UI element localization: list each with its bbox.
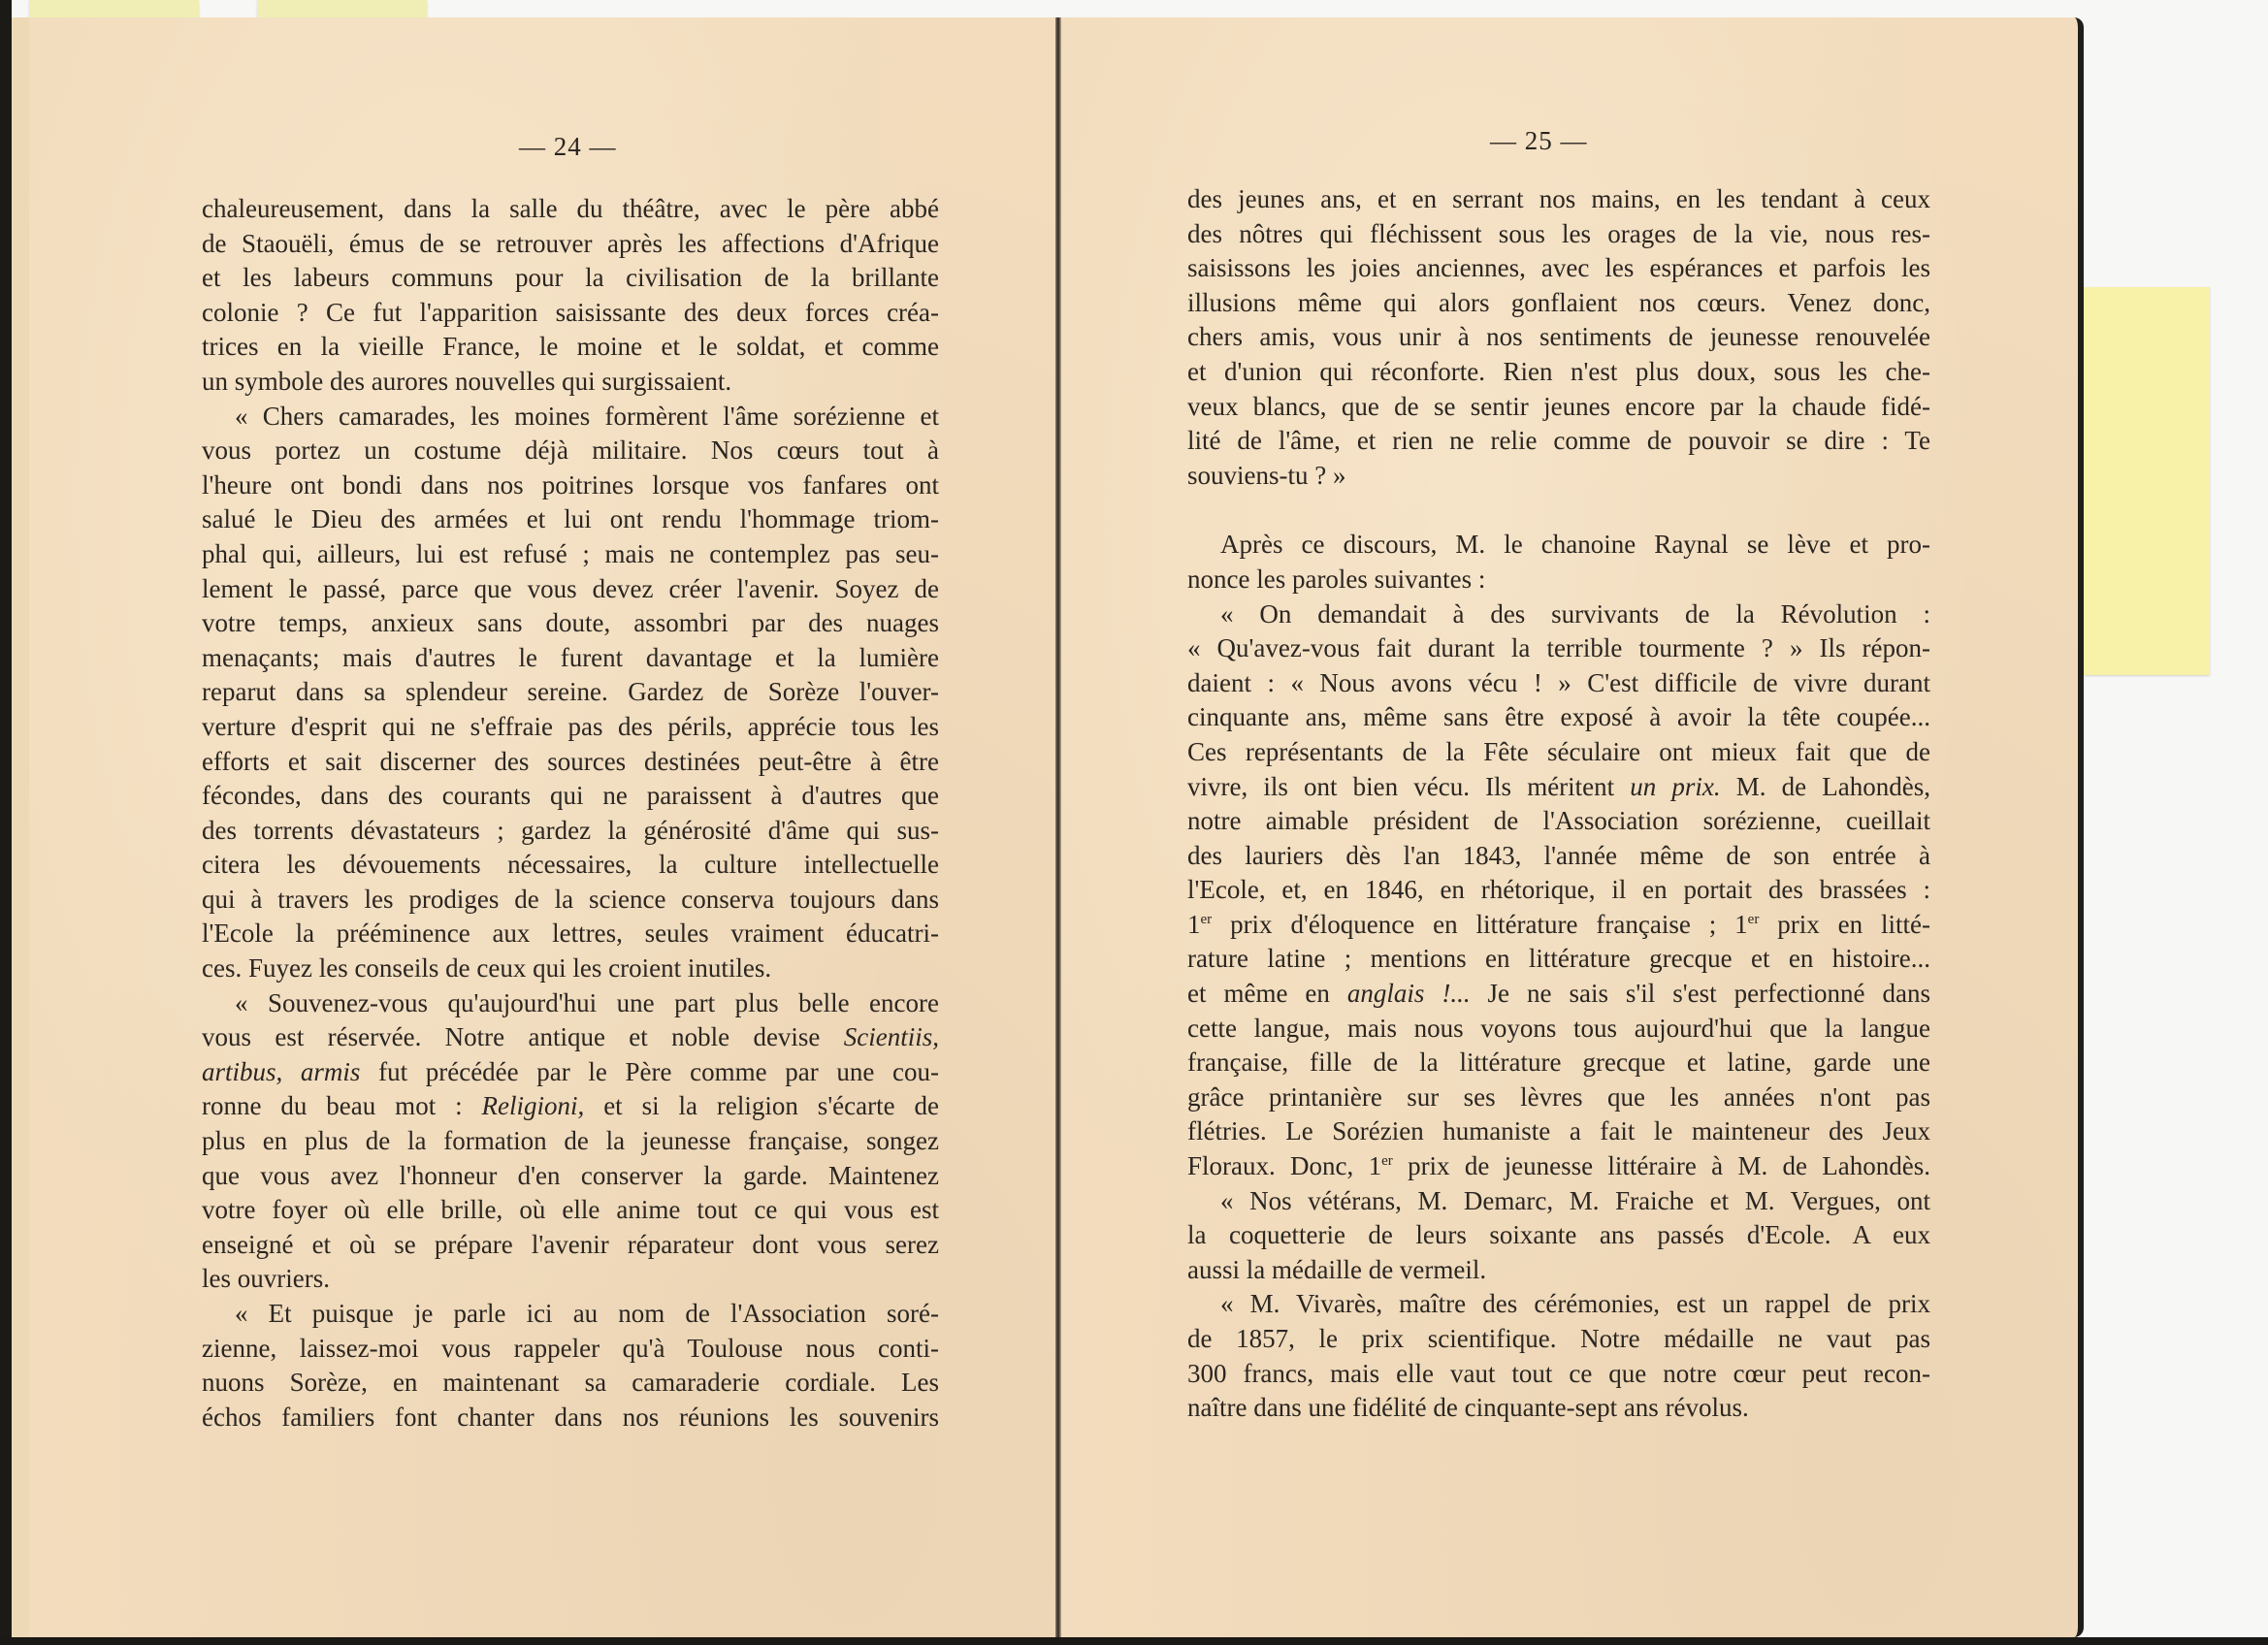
text-line: des lauriers dès l'an 1843, l'année même… — [1187, 839, 1930, 874]
text-run: prix d'éloquence en littérature français… — [1230, 910, 1716, 939]
text-line: souviens-tu ? » — [1187, 459, 1930, 494]
text-line: cette langue, mais nous voyons tous aujo… — [1187, 1012, 1930, 1047]
text-run: vous est réservée. Notre antique et nobl… — [202, 1022, 820, 1051]
scanner-edge-left — [0, 0, 12, 1645]
text-line: verture d'esprit qui ne s'effraie pas de… — [202, 710, 939, 745]
text-run: vivre, ils ont bien vécu. Ils méritent — [1187, 772, 1614, 801]
text-line: « Qu'avez-vous fait durant la terrible t… — [1187, 631, 1930, 666]
text-line: des torrents dévastateurs ; gardez la gé… — [202, 814, 939, 849]
text-line: efforts et sait discerner des sources de… — [202, 745, 939, 780]
text-line: votre foyer où elle brille, où elle anim… — [202, 1193, 939, 1228]
text-line: nonce les paroles suivantes : — [1187, 563, 1930, 597]
text-run: ronne du beau mot : — [202, 1091, 463, 1120]
text-line: veux blancs, que de se sentir jeunes enc… — [1187, 390, 1930, 425]
text-line: daient : « Nous avons vécu ! » C'est dif… — [1187, 666, 1930, 701]
sticky-note-tab-top-2 — [257, 0, 427, 17]
text-run: et même en — [1187, 979, 1330, 1008]
text-line: citera les dévouements nécessaires, la c… — [202, 848, 939, 883]
text-line: votre temps, anxieux sans doute, assombr… — [202, 606, 939, 641]
text-line: et même en anglais !... Je ne sais s'il … — [1187, 977, 1930, 1012]
page-number: — 24 — — [519, 132, 617, 162]
text-line: l'Ecole, et, en 1846, en rhétorique, il … — [1187, 873, 1930, 908]
right-page: — 25 — des jeunes ans, et en serrant nos… — [1061, 17, 2084, 1637]
text-line: un symbole des aurores nouvelles qui sur… — [202, 365, 939, 400]
latin-motto-italic: Scientiis, — [844, 1022, 939, 1051]
text-line: « Et puisque je parle ici au nom de l'As… — [202, 1297, 939, 1332]
text-line: « Souvenez-vous qu'aujourd'hui une part … — [202, 986, 939, 1021]
text-line: illusions même qui alors gonflaient nos … — [1187, 286, 1930, 321]
text-line: vous portez un costume déjà militaire. N… — [202, 434, 939, 468]
text-line: fécondes, dans des courants qui ne parai… — [202, 779, 939, 814]
religioni-italic: Religioni, — [482, 1091, 585, 1120]
text-line: de 1857, le prix scientifique. Notre méd… — [1187, 1322, 1930, 1357]
ordinal-number: 1 — [1734, 910, 1748, 939]
text-line: « Chers camarades, les moines formèrent … — [202, 400, 939, 435]
text-line: aussi la médaille de vermeil. — [1187, 1253, 1930, 1288]
text-line: et d'union qui réconforte. Rien n'est pl… — [1187, 355, 1930, 390]
ordinal-suffix: er — [1748, 912, 1760, 927]
text-line: chaleureusement, dans la salle du théâtr… — [202, 192, 939, 227]
text-line: flétries. Le Sorézien humaniste a fait l… — [1187, 1114, 1930, 1149]
text-line: notre aimable président de l'Association… — [1187, 804, 1930, 839]
text-line: ronne du beau mot : Religioni, et si la … — [202, 1089, 939, 1124]
text-line: grâce printanière sur ses lèvres que les… — [1187, 1081, 1930, 1115]
text-run: fut précédée par le Père comme par une c… — [378, 1057, 939, 1086]
text-line: française, fille de la littérature grecq… — [1187, 1046, 1930, 1081]
text-line: phal qui, ailleurs, lui est refusé ; mai… — [202, 537, 939, 572]
text-line: nuons Sorèze, en maintenant sa camarader… — [202, 1366, 939, 1401]
text-run: Floraux. Donc, — [1187, 1151, 1353, 1180]
page-number: — 25 — — [1490, 126, 1588, 156]
text-line: lité de l'âme, et rien ne relie comme de… — [1187, 424, 1930, 459]
text-line: 300 francs, mais elle vaut tout ce que n… — [1187, 1357, 1930, 1392]
text-run: prix en litté- — [1777, 910, 1930, 939]
text-line: Ces représentants de la Fête séculaire o… — [1187, 735, 1930, 770]
text-line: chers amis, vous unir à nos sentiments d… — [1187, 320, 1930, 355]
text-line: que vous avez l'honneur d'en conserver l… — [202, 1159, 939, 1194]
ordinal-number: 1 — [1187, 910, 1201, 939]
ordinal-suffix: er — [1381, 1153, 1393, 1169]
text-line: plus en plus de la formation de la jeune… — [202, 1124, 939, 1159]
text-line: et les labeurs communs pour la civilisat… — [202, 261, 939, 296]
text-line: saisissons les joies anciennes, avec les… — [1187, 251, 1930, 286]
text-line: salué le Dieu des armées et lui ont rend… — [202, 502, 939, 537]
page-body-text: chaleureusement, dans la salle du théâtr… — [202, 192, 939, 1435]
un-prix-italic: un prix. — [1630, 772, 1720, 801]
text-line: artibus, armis fut précédée par le Père … — [202, 1055, 939, 1090]
text-line: l'Ecole la prééminence aux lettres, seul… — [202, 917, 939, 952]
text-run: et si la religion s'écarte de — [603, 1091, 939, 1120]
text-line: zienne, laissez-moi vous rappeler qu'à T… — [202, 1332, 939, 1367]
text-line: lement le passé, parce que vous devez cr… — [202, 572, 939, 607]
text-line: des nôtres qui fléchissent sous les orag… — [1187, 217, 1930, 252]
text-line: naître dans une fidélité de cinquante-se… — [1187, 1391, 1930, 1426]
text-line: vous est réservée. Notre antique et nobl… — [202, 1020, 939, 1055]
text-line: reparut dans sa splendeur sereine. Garde… — [202, 675, 939, 710]
ordinal-suffix: er — [1201, 912, 1213, 927]
ordinal-number: 1 — [1369, 1151, 1382, 1180]
page-body-text: des jeunes ans, et en serrant nos mains,… — [1187, 182, 1930, 1426]
text-line: menaçants; mais d'autres le furent davan… — [202, 641, 939, 676]
text-line: cinquante ans, même sans être exposé à a… — [1187, 700, 1930, 735]
text-line: rature latine ; mentions en littérature … — [1187, 942, 1930, 977]
text-line: ces. Fuyez les conseils de ceux qui les … — [202, 952, 939, 986]
text-line: qui à travers les prodiges de la science… — [202, 883, 939, 918]
text-line: Floraux. Donc, 1er prix de jeunesse litt… — [1187, 1149, 1930, 1184]
left-page: — 24 — chaleureusement, dans la salle du… — [12, 17, 1059, 1637]
sticky-note-tab-top-1 — [29, 0, 199, 17]
text-run: prix de jeunesse littéraire à M. de Laho… — [1408, 1151, 1930, 1180]
text-line: enseigné et où se prépare l'avenir répar… — [202, 1228, 939, 1263]
scanner-edge-bottom — [0, 1637, 2268, 1645]
text-line: trices en la vieille France, le moine et… — [202, 330, 939, 365]
text-line: Après ce discours, M. le chanoine Raynal… — [1187, 528, 1930, 563]
text-line: colonie ? Ce fut l'apparition saisissant… — [202, 296, 939, 331]
text-line: « M. Vivarès, maître des cérémonies, est… — [1187, 1287, 1930, 1322]
anglais-italic: anglais !... — [1347, 979, 1471, 1008]
text-line: de Staouëli, émus de se retrouver après … — [202, 227, 939, 262]
text-line: échos familiers font chanter dans nos ré… — [202, 1401, 939, 1435]
sticky-note-bookmark — [2084, 287, 2210, 675]
text-line: les ouvriers. — [202, 1262, 939, 1297]
text-run: M. de Lahondès, — [1736, 772, 1930, 801]
text-run: Je ne sais s'il s'est perfectionné dans — [1488, 979, 1930, 1008]
text-line: vivre, ils ont bien vécu. Ils méritent u… — [1187, 770, 1930, 805]
text-line: des jeunes ans, et en serrant nos mains,… — [1187, 182, 1930, 217]
text-line: l'heure ont bondi dans nos poitrines lor… — [202, 468, 939, 503]
text-line: « On demandait à des survivants de la Ré… — [1187, 597, 1930, 632]
latin-motto-italic: artibus, armis — [202, 1057, 360, 1086]
text-line: 1er prix d'éloquence en littérature fran… — [1187, 908, 1930, 943]
text-line: « Nos vétérans, M. Demarc, M. Fraiche et… — [1187, 1184, 1930, 1219]
text-line: la coquetterie de leurs soixante ans pas… — [1187, 1218, 1930, 1253]
